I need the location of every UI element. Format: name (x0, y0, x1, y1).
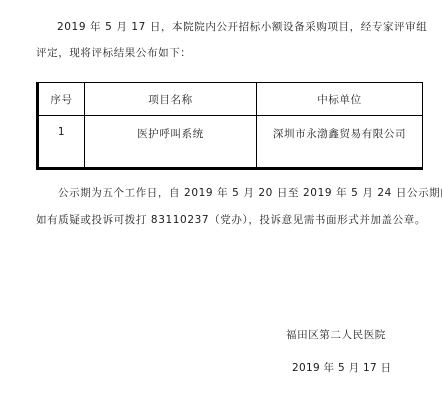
intro-line-2: 评定，现将评标结果公布如下： (36, 45, 191, 60)
cell-project-name: 医护呼叫系统 (85, 116, 257, 169)
header-index: 序号 (38, 83, 85, 116)
period-line-1: 公示期为五个工作日，自 2019 年 5 月 20 日至 2019 年 5 月 … (58, 185, 442, 200)
header-winning-bidder: 中标单位 (257, 83, 423, 116)
cell-index: 1 (38, 116, 85, 169)
result-table: 序号 项目名称 中标单位 1 医护呼叫系统 深圳市永渤鑫贸易有限公司 (36, 82, 423, 170)
table-header-row: 序号 项目名称 中标单位 (38, 83, 423, 116)
signature-organization: 福田区第二人民医院 (286, 327, 386, 342)
table-row: 1 医护呼叫系统 深圳市永渤鑫贸易有限公司 (38, 116, 423, 169)
header-project-name: 项目名称 (85, 83, 257, 116)
cell-winning-bidder: 深圳市永渤鑫贸易有限公司 (257, 116, 423, 169)
signature-date: 2019 年 5 月 17 日 (292, 360, 391, 375)
intro-line-1: 2019 年 5 月 17 日，本院院内公开招标小额设备采购项目，经专家评审组 (57, 19, 427, 34)
period-line-2: 如有质疑或投诉可拨打 83110237（党办），投诉意见需书面形式并加盖公章。 (36, 212, 426, 227)
